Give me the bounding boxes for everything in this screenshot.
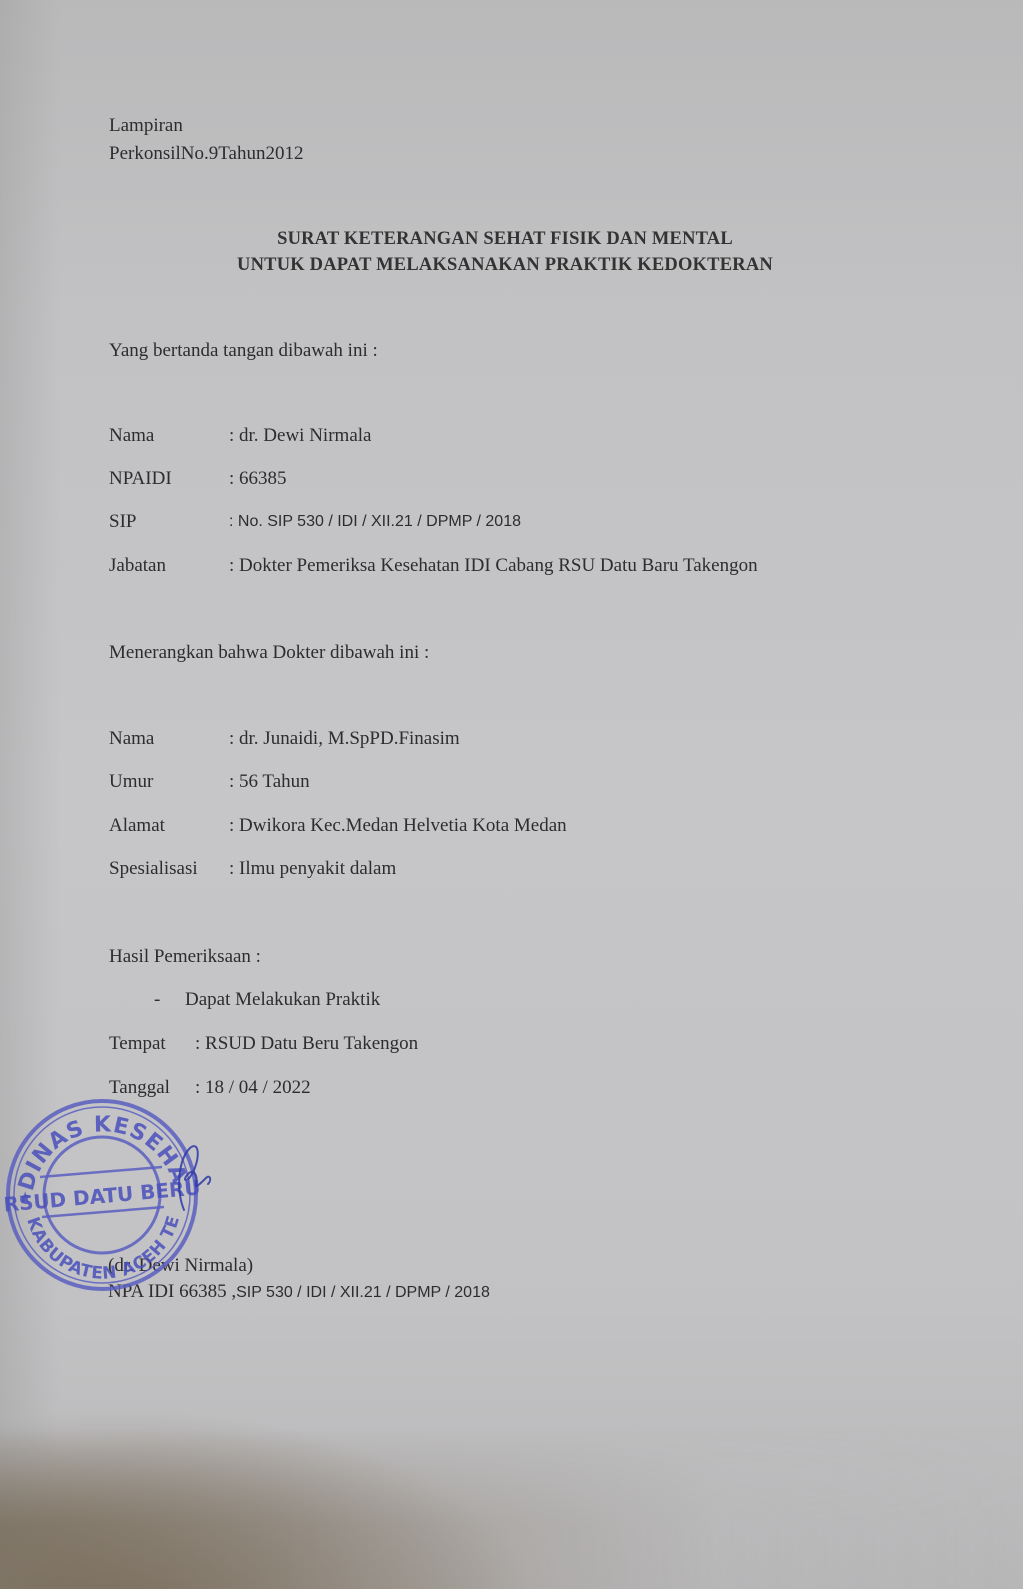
- attachment-label: Lampiran: [109, 115, 183, 137]
- svg-text:★: ★: [18, 1188, 32, 1207]
- subject-name-value: : dr. Junaidi, M.SpPD.Finasim: [229, 728, 460, 750]
- result-item: Dapat Melakukan Praktik: [185, 989, 380, 1011]
- document-title-line-1: SURAT KETERANGAN SEHAT FISIK DAN MENTAL: [0, 229, 1010, 250]
- regulation-reference: PerkonsilNo.9Tahun2012: [109, 143, 303, 165]
- signature-credentials-sip: SIP 530 / IDI / XII.21 / DPMP / 2018: [236, 1284, 490, 1301]
- subject-name-label: Nama: [109, 728, 154, 750]
- signer-npaidi-value: : 66385: [229, 468, 287, 490]
- handwritten-signature-icon: [170, 1140, 220, 1220]
- signer-position-label: Jabatan: [109, 555, 166, 577]
- signer-position-value: : Dokter Pemeriksa Kesehatan IDI Cabang …: [229, 555, 758, 577]
- subject-address-value: : Dwikora Kec.Medan Helvetia Kota Medan: [229, 815, 567, 837]
- statement-text: Menerangkan bahwa Dokter dibawah ini :: [109, 642, 429, 664]
- signer-sip-label: SIP: [109, 511, 136, 533]
- subject-specialization-label: Spesialisasi: [109, 858, 198, 880]
- signer-name-label: Nama: [109, 425, 154, 447]
- subject-age-value: : 56 Tahun: [229, 771, 310, 793]
- result-heading: Hasil Pemeriksaan :: [109, 946, 261, 968]
- subject-specialization-value: : Ilmu penyakit dalam: [229, 858, 396, 880]
- place-label: Tempat: [109, 1033, 166, 1055]
- subject-address-label: Alamat: [109, 815, 165, 837]
- intro-text: Yang bertanda tangan dibawah ini :: [109, 340, 378, 362]
- document-title-line-2: UNTUK DAPAT MELAKSANAKAN PRAKTIK KEDOKTE…: [0, 255, 1010, 276]
- signer-npaidi-label: NPAIDI: [109, 468, 172, 490]
- place-value: : RSUD Datu Beru Takengon: [195, 1033, 418, 1055]
- signer-name-value: : dr. Dewi Nirmala: [229, 425, 371, 447]
- result-bullet: -: [154, 989, 160, 1011]
- subject-age-label: Umur: [109, 771, 153, 793]
- date-value: : 18 / 04 / 2022: [195, 1077, 311, 1099]
- page-shadow-bottom: [0, 1429, 1023, 1589]
- signer-sip-value: : No. SIP 530 / IDI / XII.21 / DPMP / 20…: [229, 513, 521, 531]
